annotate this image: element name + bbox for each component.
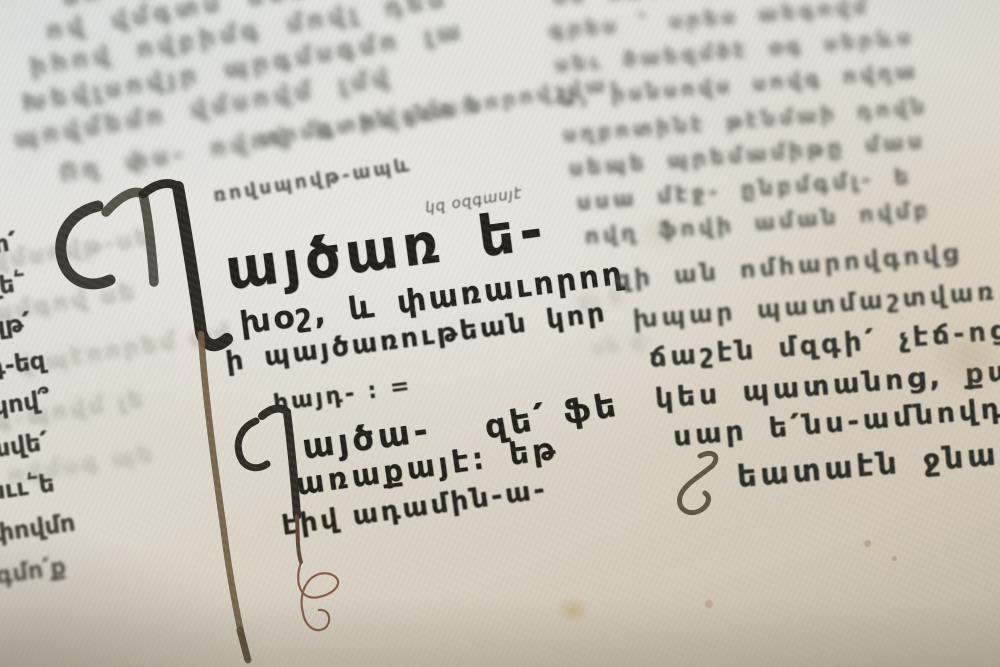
dropcap-descender-tail	[201, 334, 247, 658]
dropcap-p-crescent	[61, 206, 110, 284]
initial-t-stroke	[680, 453, 716, 512]
dropcap-p-left-stem	[106, 192, 154, 282]
dropcap-descender-tip	[240, 630, 248, 660]
dropcap2-crescent	[238, 421, 267, 468]
manuscript-photo: վմսովթ-սե պմգով սե վ պէոորեմ տվ գ-պովմ լ…	[0, 0, 1000, 667]
dropcap2-stem-taper	[297, 516, 301, 562]
pen-flourish-knot	[298, 562, 338, 630]
ink-strokes-overlay	[0, 0, 1000, 667]
dropcap-p-right-stem	[178, 187, 227, 345]
